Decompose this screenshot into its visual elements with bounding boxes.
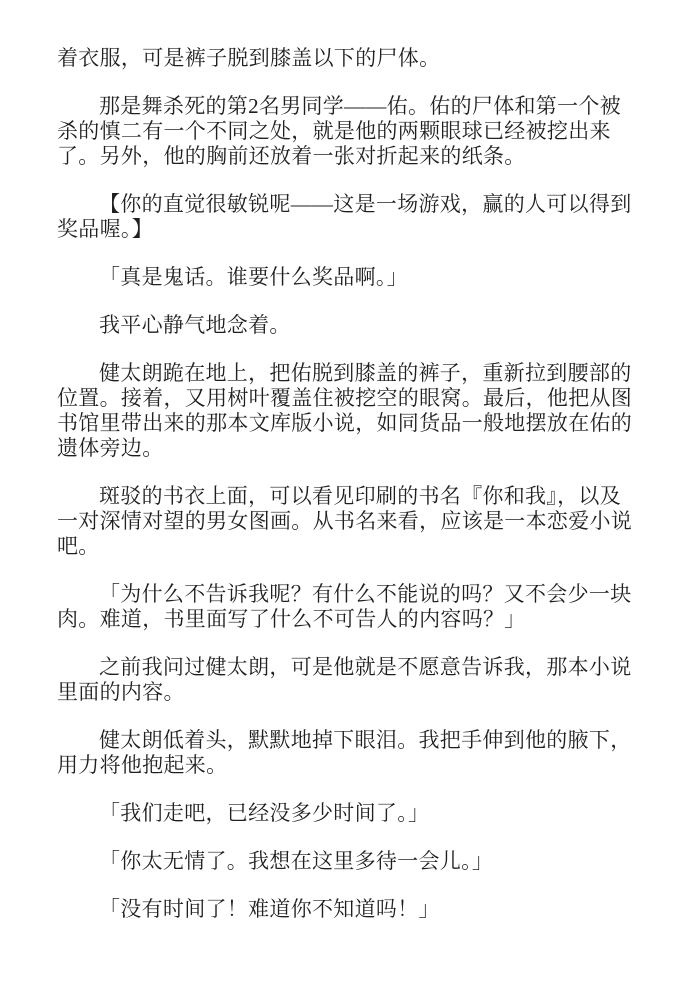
paragraph-dialogue-2: 「为什么不告诉我呢？有什么不能说的吗？又不会少一块肉。难道，书里面写了什么不可告…: [57, 582, 637, 632]
paragraph-dialogue-3: 「我们走吧，已经没多少时间了。」: [57, 801, 637, 826]
paragraph-narration-3: 健太朗跪在地上，把佑脱到膝盖的裤子，重新拉到腰部的位置。接着，又用树叶覆盖住被挖…: [57, 361, 637, 461]
paragraph-narration-6: 健太朗低着头，默默地掉下眼泪。我把手伸到他的腋下，用力将他抱起来。: [57, 728, 637, 778]
paragraph-dialogue-5: 「没有时间了！难道你不知道吗！」: [57, 897, 637, 922]
paragraph-note-quote: 【你的直觉很敏锐呢——这是一场游戏，赢的人可以得到奖品喔。】: [57, 192, 637, 242]
paragraph-narration-4: 斑驳的书衣上面，可以看见印刷的书名『你和我』，以及一对深情对望的男女图画。从书名…: [57, 484, 637, 559]
paragraph-narration-5: 之前我问过健太朗，可是他就是不愿意告诉我，那本小说里面的内容。: [57, 655, 637, 705]
paragraph-dialogue-1: 「真是鬼话。谁要什么奖品啊。」: [57, 265, 637, 290]
paragraph-continuation: 着衣服，可是裤子脱到膝盖以下的尸体。: [57, 46, 637, 71]
paragraph-dialogue-4: 「你太无情了。我想在这里多待一会儿。」: [57, 849, 637, 874]
paragraph-narration-2: 我平心静气地念着。: [57, 313, 637, 338]
novel-page: 着衣服，可是裤子脱到膝盖以下的尸体。 那是舞杀死的第2名男同学——佑。佑的尸体和…: [0, 0, 700, 992]
paragraph-narration-1: 那是舞杀死的第2名男同学——佑。佑的尸体和第一个被杀的慎二有一个不同之处，就是他…: [57, 94, 637, 169]
page-text-body: 着衣服，可是裤子脱到膝盖以下的尸体。 那是舞杀死的第2名男同学——佑。佑的尸体和…: [57, 46, 637, 922]
